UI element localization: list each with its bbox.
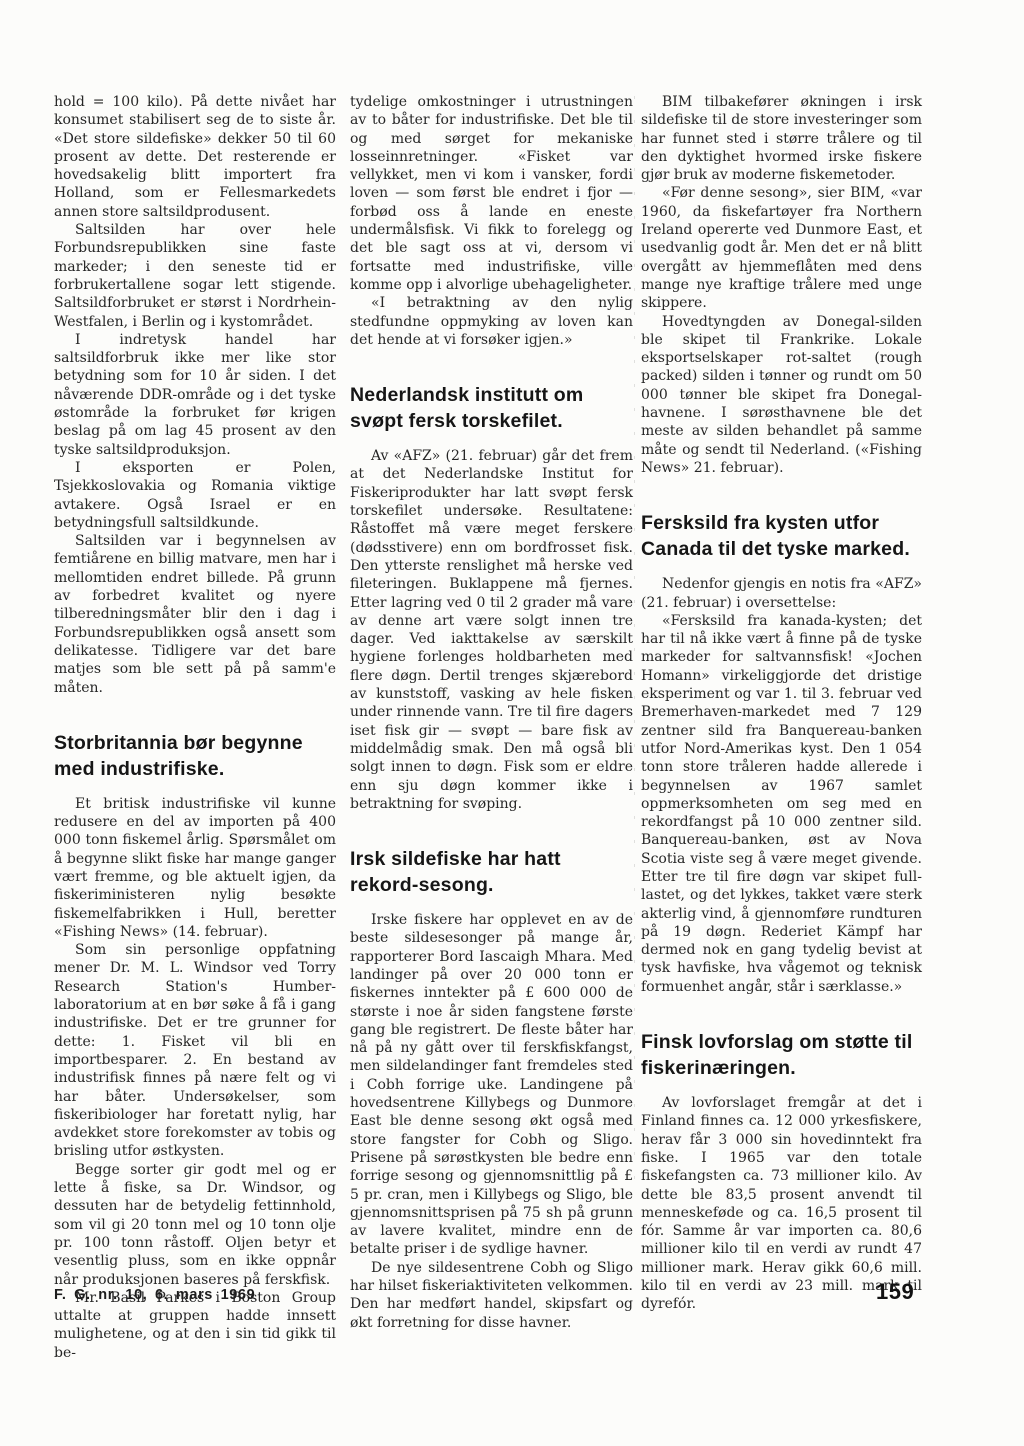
article-heading: Storbritannia bør begynne med industrifi… [54,730,336,782]
article-heading: Fersksild fra kysten utfor Canada til de… [641,510,922,562]
paragraph: «Fersksild fra kanada-kysten; det har ti… [641,612,922,996]
paragraph: Begge sorter gir godt mel og er lette å … [54,1161,336,1289]
paragraph: tydelige omkostninger i utrustningen av … [350,93,633,294]
article-heading: Nederlandsk institutt om svøpt fersk tor… [350,382,633,434]
paragraph: I indretysk handel har saltsildforbruk i… [54,331,336,459]
paragraph: hold = 100 kilo). På dette nivået har ko… [54,93,336,221]
paragraph: «Før denne sesong», sier BIM, «var 1960,… [641,184,922,312]
column-3: BIM tilbakefører økningen i irsk sildefi… [641,93,922,1314]
paragraph: Irske fiskere har opplevet en av de best… [350,911,633,1259]
paragraph: Saltsilden var i begynnelsen av femtiåre… [54,532,336,697]
paragraph: De nye sildesentrene Cobh og Sligo har h… [350,1259,633,1332]
scan-artifact-line [634,96,635,1181]
column-2: tydelige omkostninger i utrustningen av … [350,93,633,1332]
journal-page: hold = 100 kilo). På dette nivået har ko… [0,0,1024,1446]
paragraph: Som sin personlige oppfatning mener Dr. … [54,941,336,1161]
paragraph: Et britisk industrifiske vil kunne redus… [54,795,336,941]
article-heading: Finsk lovforslag om støtte til fiskerinæ… [641,1029,922,1081]
page-number: 159 [876,1279,914,1305]
paragraph: Saltsilden har over hele Forbundsrepubli… [54,221,336,331]
paragraph: «I betraktning av den nylig stedfundne o… [350,294,633,349]
paragraph: Av «AFZ» (21. februar) går det frem at d… [350,447,633,813]
paragraph: I eksporten er Polen, Tsjekkoslovakia og… [54,459,336,532]
paragraph: Nedenfor gjengis en notis fra «AFZ» (21.… [641,575,922,612]
column-1: hold = 100 kilo). På dette nivået har ko… [54,93,336,1362]
paragraph: Hovedtyngden av Donegal-silden ble skipe… [641,313,922,478]
article-heading: Irsk sildefiske har hatt rekord-sesong. [350,846,633,898]
paragraph: BIM tilbakefører økningen i irsk sildefi… [641,93,922,184]
journal-issue-label: F. G. nr. 10, 6. mars 1969 [54,1287,255,1303]
